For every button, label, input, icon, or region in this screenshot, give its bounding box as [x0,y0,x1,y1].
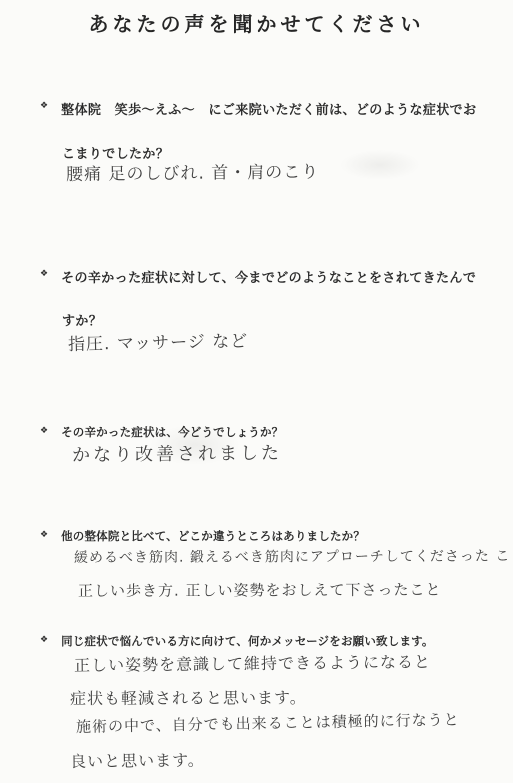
answer-5-handwriting-line-3: 施術の中で、自分でも出来ることは積極的に行なうと [76,709,460,737]
diamond-bullet-icon: ❖ [40,99,48,113]
answer-5-handwriting-line-1: 正しい姿勢を意識して維持できるようになると [74,649,431,676]
question-block-2: ❖ その辛かった症状に対して、今までどのようなことをされてきたんで [40,267,476,286]
questionnaire-page: あなたの声を聞かせてください ❖ 整体院 笑歩～えふ～ にご来院いただく前は、ど… [0,0,513,783]
question-block-5: ❖ 同じ症状で悩んでいる方に向けて、何かメッセージをお願い致します。 [40,633,434,649]
question-block-3: ❖ その辛かった症状は、今どうでしょうか？ [40,424,283,440]
question-4-line-1: 他の整体院と比べて、どこか違うところはありましたか？ [61,528,365,544]
question-block-4: ❖ 他の整体院と比べて、どこか違うところはありましたか？ [40,528,365,544]
answer-5-handwriting-line-4: 良いと思います。 [70,748,205,772]
question-3-line-1: その辛かった症状は、今どうでしょうか？ [61,424,283,440]
question-1-line-1: 整体院 笑歩～えふ～ にご来院いただく前は、どのような症状でお [61,99,476,118]
answer-2-handwriting: 指圧. マッサージ など [68,327,249,355]
diamond-bullet-icon: ❖ [40,267,48,281]
question-2-line-2: すか？ [62,310,102,329]
question-2-line-1: その辛かった症状に対して、今までどのようなことをされてきたんで [61,267,476,286]
answer-5-handwriting-line-2: 症状も軽減されると思います。 [70,685,307,709]
diamond-bullet-icon: ❖ [40,424,48,438]
page-title: あなたの声を聞かせてください [0,8,513,37]
question-block-1: ❖ 整体院 笑歩～えふ～ にご来院いただく前は、どのような症状でお [40,99,476,118]
diamond-bullet-icon: ❖ [40,528,48,542]
answer-3-handwriting: かなり改善されました [72,439,282,467]
answer-4-handwriting-line-2: 正しい歩き方. 正しい姿勢をおしえて下さったこと [78,579,442,601]
scan-smudge [340,150,420,180]
question-5-line-1: 同じ症状で悩んでいる方に向けて、何かメッセージをお願い致します。 [61,633,434,649]
diamond-bullet-icon: ❖ [40,633,48,647]
answer-1-handwriting: 腰痛 足のしびれ. 首・肩のこり [66,157,319,185]
answer-4-handwriting-line-1: 緩めるべき筋肉. 鍛えるべき筋肉にアプローチしてくださった こと. [74,545,513,567]
